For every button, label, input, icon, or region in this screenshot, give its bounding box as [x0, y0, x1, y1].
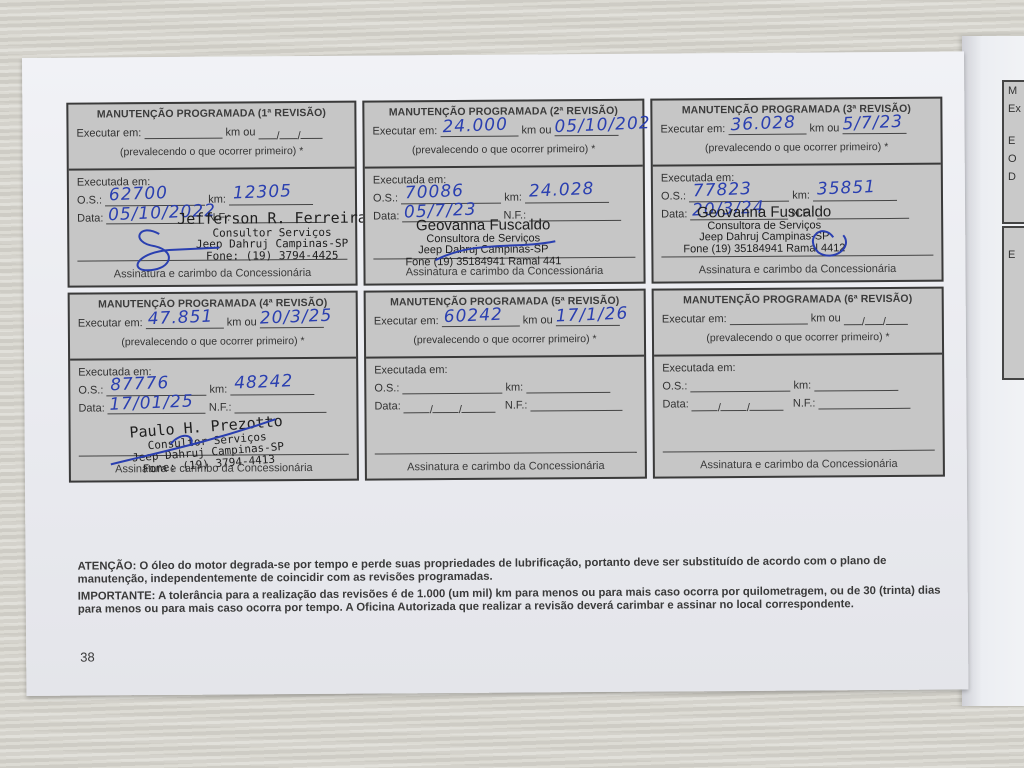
os-value: 87776 — [110, 375, 170, 394]
fragment-text: D — [1004, 168, 1024, 186]
scheduled-km-value: 47.851 — [147, 309, 213, 329]
dealer-stamp: Geovanna FuscaldoConsultora de ServiçosJ… — [683, 204, 845, 256]
scheduled-km-value: 24.000 — [442, 116, 508, 136]
km-label: km: — [504, 192, 522, 204]
date-label: Data: — [662, 398, 688, 410]
card-body: Executada em: O.S.: km: Data: // N.F.: — [366, 357, 644, 413]
card-header: MANUTENÇÃO PROGRAMADA (1ª REVISÃO) Execu… — [68, 103, 354, 171]
km-or-label: km ou — [811, 312, 841, 324]
fragment-text: E — [1004, 132, 1024, 150]
date-label: Data: — [373, 210, 399, 222]
scheduled-date-value: 5/7/23 — [842, 114, 903, 134]
nf-label: N.F.: — [209, 402, 232, 414]
scheduled-km-field[interactable] — [730, 312, 808, 326]
stamp-phone: Fone (19) 35184941 Ramal 4412 — [683, 243, 845, 256]
km-or-label: km ou — [809, 122, 839, 134]
os-label: O.S.: — [374, 382, 399, 394]
km-field[interactable]: 12305 — [229, 192, 313, 206]
schedule-line: Executar em: 60242 km ou 17/1/26 — [366, 307, 644, 328]
next-page-card-fragment: E — [1002, 226, 1024, 380]
stamp-phone: Fone (19) 35184941 Ramal 441 — [405, 256, 561, 269]
km-label: km: — [209, 384, 227, 396]
execute-label: Executar em: — [76, 127, 141, 139]
execute-label: Executar em: — [78, 317, 143, 329]
km-or-label: km ou — [523, 314, 553, 326]
whichever-first-note: (prevalecendo o que ocorrer primeiro) * — [654, 331, 942, 345]
signature-label: Assinatura e carimbo da Concessionária — [367, 460, 645, 474]
executed-label: Executada em: — [662, 361, 934, 375]
nf-field[interactable] — [818, 396, 910, 410]
km-value: 12305 — [233, 183, 293, 202]
fragment-text: M — [1004, 82, 1024, 100]
os-km-row: O.S.: km: — [662, 378, 934, 393]
scheduled-km-field[interactable]: 60242 — [442, 314, 520, 328]
dealer-stamp: Jefferson R. FerreiraConsultor ServiçosJ… — [177, 211, 367, 263]
stamp-phone: Fone: (19) 3794-4425 — [177, 249, 367, 262]
scheduled-date-value: 05/10/2023 — [554, 115, 663, 137]
os-km-row: O.S.: km: — [374, 380, 636, 395]
fragment-text: E — [1004, 246, 1024, 264]
date-field[interactable]: // — [404, 400, 502, 413]
dealer-stamp: Geovanna FuscaldoConsultora de ServiçosJ… — [405, 217, 561, 268]
km-label: km: — [793, 379, 811, 391]
card-body: Executada em: O.S.: 70086 km: 24.028 Dat… — [365, 167, 643, 223]
km-field[interactable] — [814, 378, 898, 392]
schedule-line: Executar em: 24.000 km ou 05/10/2023 — [364, 117, 642, 138]
scheduled-km-field[interactable]: 36.028 — [728, 122, 806, 136]
whichever-first-note: (prevalecendo o que ocorrer primeiro) * — [366, 333, 644, 347]
signature-line[interactable] — [375, 452, 637, 455]
scheduled-km-value: 36.028 — [730, 114, 796, 134]
execute-label: Executar em: — [660, 123, 725, 135]
scheduled-date-field[interactable]: 17/1/26 — [556, 313, 620, 326]
revision-card-3: MANUTENÇÃO PROGRAMADA (3ª REVISÃO) Execu… — [650, 97, 943, 284]
revision-card-6: MANUTENÇÃO PROGRAMADA (6ª REVISÃO) Execu… — [652, 287, 945, 479]
schedule-line: Executar em: km ou // — [654, 305, 942, 326]
os-field[interactable] — [402, 381, 502, 395]
scheduled-date-value: 20/3/25 — [259, 308, 332, 328]
km-label: km: — [792, 190, 810, 202]
km-or-label: km ou — [225, 126, 255, 138]
date-label: Data: — [78, 402, 104, 414]
revision-card-4: MANUTENÇÃO PROGRAMADA (4ª REVISÃO) Execu… — [68, 291, 359, 483]
card-header: MANUTENÇÃO PROGRAMADA (5ª REVISÃO) Execu… — [366, 291, 644, 359]
km-or-label: km ou — [521, 124, 551, 136]
os-value: 62700 — [109, 185, 169, 204]
card-header: MANUTENÇÃO PROGRAMADA (3ª REVISÃO) Execu… — [652, 99, 940, 167]
revision-grid: MANUTENÇÃO PROGRAMADA (1ª REVISÃO) Execu… — [66, 97, 945, 483]
km-or-label: km ou — [227, 316, 257, 328]
revision-card-2: MANUTENÇÃO PROGRAMADA (2ª REVISÃO) Execu… — [362, 99, 645, 286]
nf-label: N.F.: — [505, 399, 528, 411]
os-label: O.S.: — [78, 384, 103, 396]
attention-note: ATENÇÃO: O óleo do motor degrada-se por … — [78, 555, 944, 586]
nf-label: N.F.: — [793, 397, 816, 409]
date-label: Data: — [77, 212, 103, 224]
date-value: 17/01/25 — [109, 393, 194, 414]
scheduled-date-field[interactable]: // — [844, 312, 908, 324]
date-field[interactable]: // — [692, 398, 790, 411]
card-header: MANUTENÇÃO PROGRAMADA (6ª REVISÃO) Execu… — [654, 289, 942, 357]
scheduled-date-field[interactable]: 20/3/25 — [260, 315, 324, 328]
important-note: IMPORTANTE: A tolerância para a realizaç… — [78, 585, 944, 616]
execute-label: Executar em: — [372, 125, 437, 137]
stamp-name: Jefferson R. Ferreira — [177, 211, 367, 228]
fragment-text: Ex — [1004, 100, 1024, 118]
date-nf-row: Data: // N.F.: — [662, 396, 934, 411]
os-label: O.S.: — [661, 190, 686, 202]
next-page-edge: M Ex E O D E — [962, 36, 1024, 706]
date-nf-row: Data: 17/01/25 N.F.: — [78, 400, 348, 415]
schedule-line: Executar em: 47.851 km ou 20/3/25 — [70, 309, 356, 330]
execute-label: Executar em: — [374, 315, 439, 327]
signature-line[interactable] — [663, 450, 935, 453]
os-field[interactable] — [690, 379, 790, 393]
date-field[interactable]: 17/01/25 — [108, 401, 206, 415]
executed-label: Executada em: — [374, 363, 636, 377]
os-label: O.S.: — [77, 194, 102, 206]
scheduled-km-value: 60242 — [443, 307, 503, 326]
km-value: 48242 — [234, 373, 294, 392]
signature-label: Assinatura e carimbo da Concessionária — [655, 458, 943, 472]
card-body: Executada em: O.S.: km: Data: // N.F.: — [654, 355, 942, 411]
whichever-first-note: (prevalecendo o que ocorrer primeiro) * — [365, 143, 643, 157]
execute-label: Executar em: — [662, 313, 727, 325]
scheduled-date-field[interactable]: // — [258, 126, 322, 138]
date-nf-row: Data: // N.F.: — [374, 398, 636, 413]
fragment-text: O — [1004, 150, 1024, 168]
km-field[interactable]: 24.028 — [525, 190, 609, 204]
scheduled-km-field[interactable]: 47.851 — [146, 316, 224, 330]
whichever-first-note: (prevalecendo o que ocorrer primeiro) * — [69, 145, 355, 159]
date-label: Data: — [374, 400, 400, 412]
signature-label: Assinatura e carimbo da Concessionária — [69, 267, 355, 281]
signature-label: Assinatura e carimbo da Concessionária — [653, 263, 941, 277]
card-header: MANUTENÇÃO PROGRAMADA (2ª REVISÃO) Execu… — [364, 101, 642, 169]
scheduled-date-field[interactable]: 5/7/23 — [842, 121, 906, 134]
nf-field[interactable] — [530, 398, 622, 412]
next-page-card-fragment: M Ex E O D — [1002, 80, 1024, 224]
km-label: km: — [505, 382, 523, 394]
notes-section: ATENÇÃO: O óleo do motor degrada-se por … — [78, 555, 944, 622]
schedule-line: Executar em: km ou // — [68, 119, 354, 140]
whichever-first-note: (prevalecendo o que ocorrer primeiro) * — [653, 141, 941, 155]
scheduled-date-field[interactable]: 05/10/2023 — [554, 123, 618, 136]
km-field[interactable] — [526, 380, 610, 394]
schedule-line: Executar em: 36.028 km ou 5/7/23 — [652, 115, 940, 136]
scheduled-km-field[interactable]: 24.000 — [440, 124, 518, 138]
booklet-page: ────────────────────────────────────────… — [22, 51, 968, 696]
km-value: 24.028 — [529, 181, 595, 201]
os-label: O.S.: — [662, 380, 687, 392]
km-value: 35851 — [817, 179, 877, 198]
revision-card-1: MANUTENÇÃO PROGRAMADA (1ª REVISÃO) Execu… — [66, 101, 357, 288]
os-label: O.S.: — [373, 192, 398, 204]
card-body: Executada em: O.S.: 87776 km: 48242 Data… — [70, 359, 356, 415]
page-number: 38 — [80, 650, 95, 665]
whichever-first-note: (prevalecendo o que ocorrer primeiro) * — [70, 335, 356, 349]
revision-card-5: MANUTENÇÃO PROGRAMADA (5ª REVISÃO) Execu… — [364, 289, 647, 481]
km-field[interactable]: 48242 — [230, 382, 314, 396]
card-header: MANUTENÇÃO PROGRAMADA (4ª REVISÃO) Execu… — [70, 293, 356, 361]
scheduled-km-field[interactable] — [144, 126, 222, 140]
scheduled-date-value: 17/1/26 — [555, 306, 628, 326]
km-field[interactable]: 35851 — [813, 188, 897, 202]
